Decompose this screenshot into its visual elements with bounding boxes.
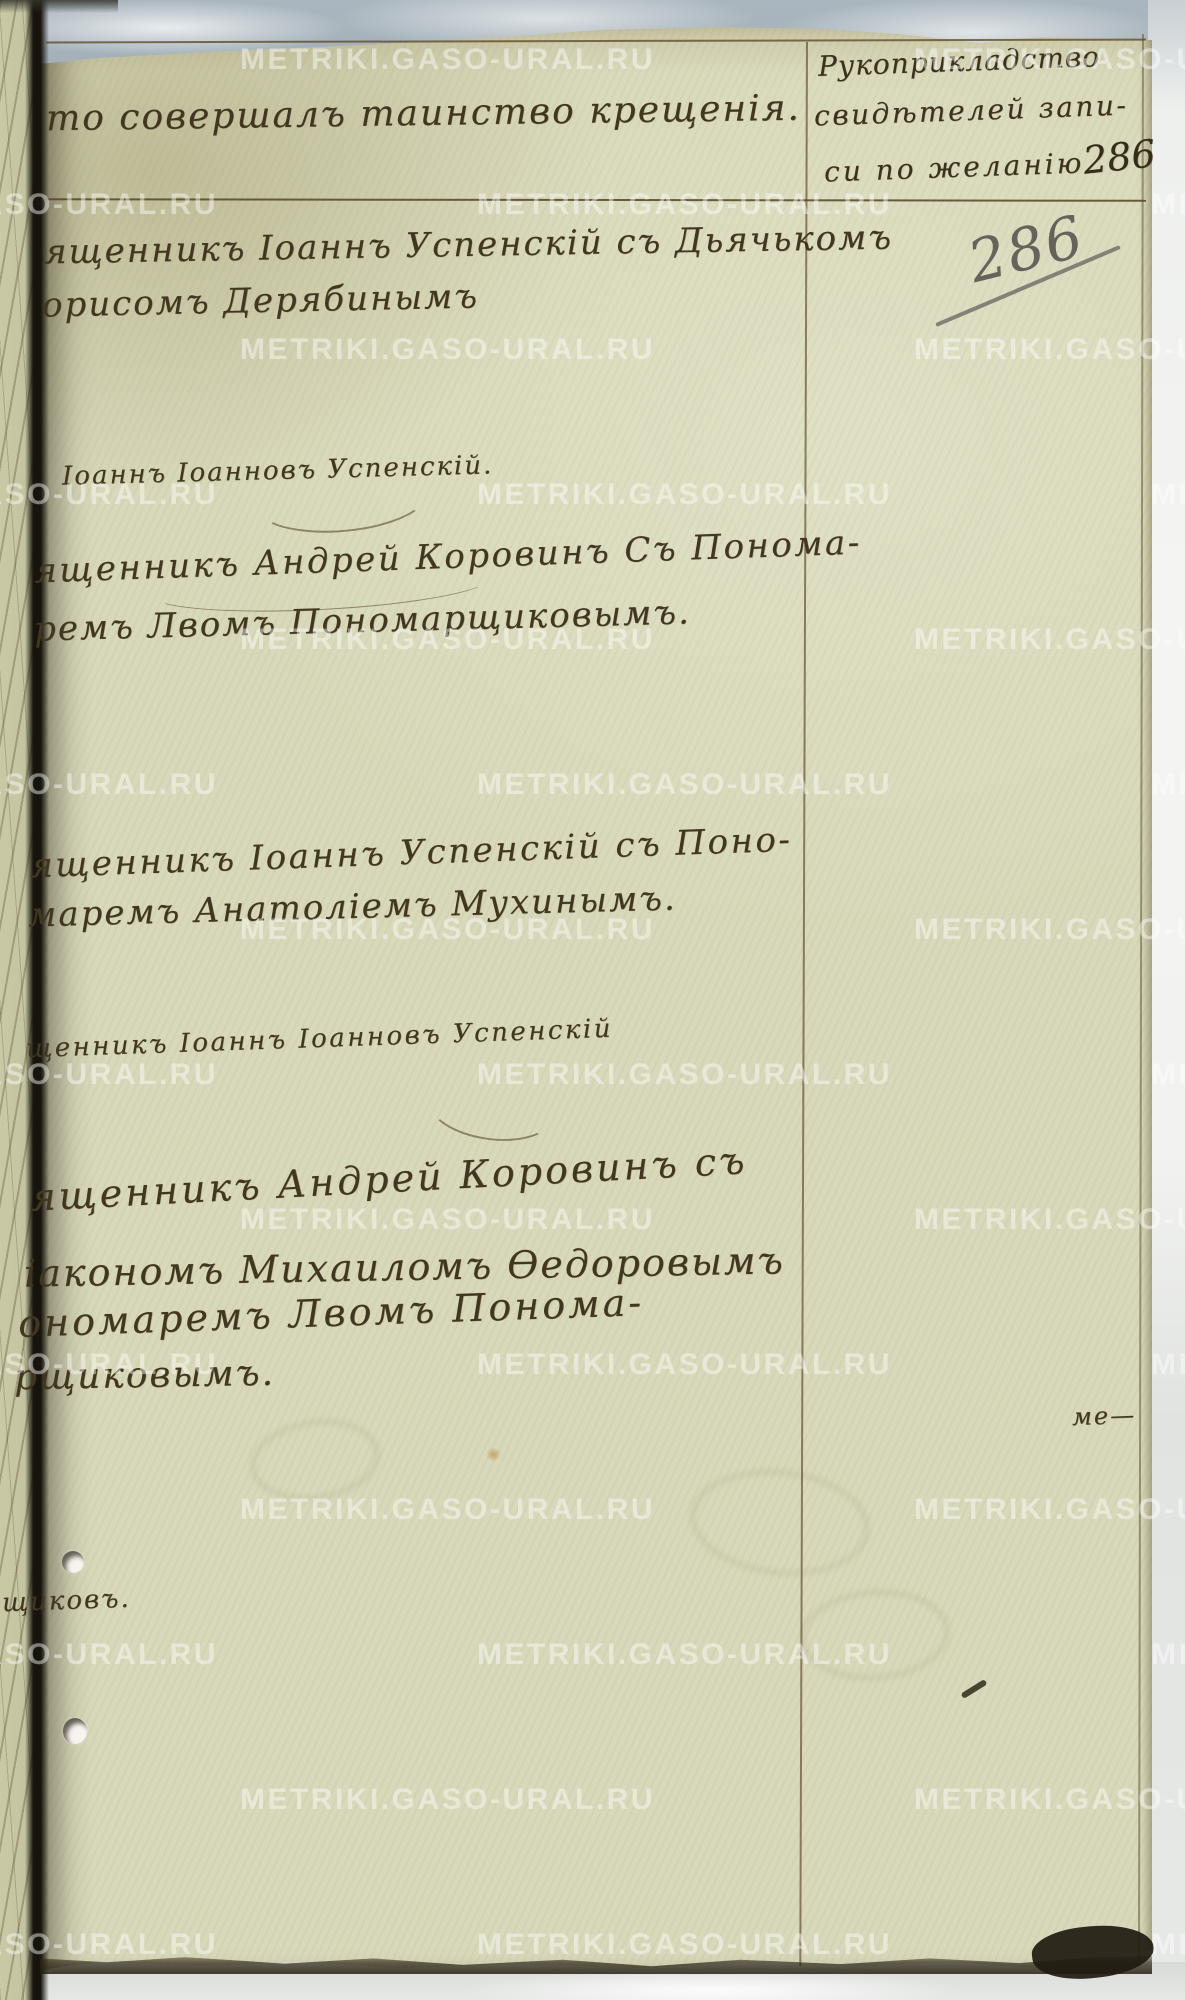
scanned-metric-book-page: то совершалъ таинство крещенія. Рукоприк…: [0, 0, 1185, 2000]
bottom-left-fragment: щиковъ.: [2, 1586, 132, 1616]
binding-top-shadow: [0, 0, 118, 13]
entry-1-line-2: орисомъ Дерябинымъ: [42, 279, 480, 322]
punch-hole-bottom: [63, 1718, 87, 1744]
ink-page-number: 286: [1081, 134, 1157, 179]
column-header-left: то совершалъ таинство крещенія.: [46, 91, 801, 138]
entry-6-line-4: рщиковымъ.: [14, 1356, 276, 1397]
scanner-background-right: [1148, 0, 1185, 2000]
right-margin-note: ме—: [1072, 1403, 1137, 1429]
punch-hole-top: [62, 1551, 84, 1573]
stain-spot: [486, 1448, 501, 1461]
